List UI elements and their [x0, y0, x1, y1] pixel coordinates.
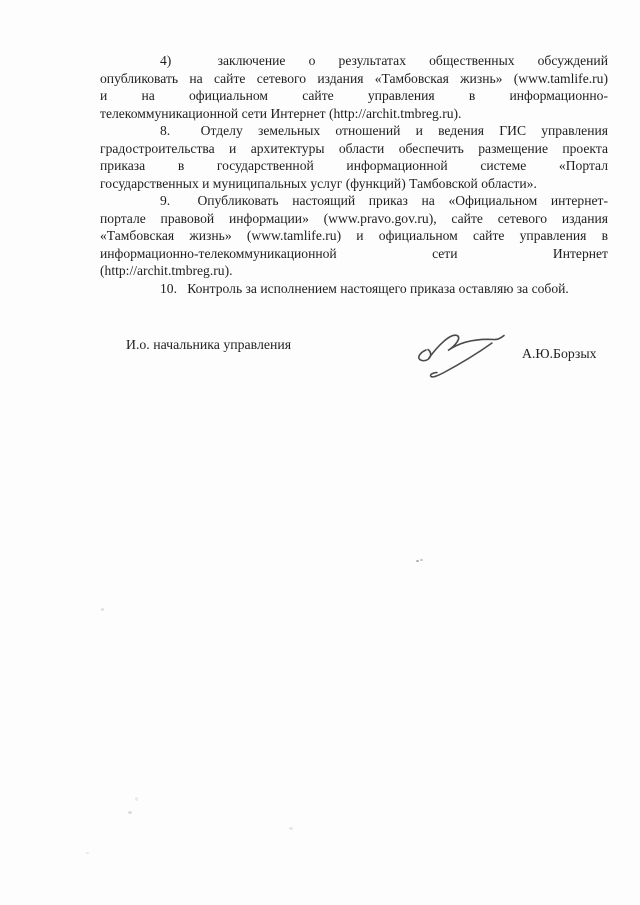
paragraph-9-line-2: портале правовой информации» (www.pravo.… [100, 210, 608, 228]
paragraph-8-line-2: градостроительства и архитектуры области… [100, 140, 608, 158]
paragraph-10-line-1: 10. Контроль за исполнением настоящего п… [100, 280, 608, 298]
scan-speck [128, 811, 132, 814]
paragraph-9-line-5: (http://archit.tmbreg.ru). [100, 262, 608, 280]
signature-scribble-icon [408, 324, 512, 386]
paragraph-9-line-3: «Тамбовская жизнь» (www.tamlife.ru) и оф… [100, 227, 608, 245]
paragraph-8-line-1: 8. Отделу земельных отношений и ведения … [100, 122, 608, 140]
paragraph-9-line-1: 9. Опубликовать настоящий приказ на «Офи… [100, 192, 608, 210]
signatory-name: А.Ю.Борзых [522, 346, 597, 362]
signatory-role: И.о. начальника управления [126, 337, 291, 353]
paragraph-4-line-1: 4) заключение о результатах общественных… [100, 52, 608, 70]
scan-speck [101, 608, 104, 611]
paragraph-4-line-3: и на официальном сайте управления в инфо… [100, 87, 608, 105]
document-body: 4) заключение о результатах общественных… [100, 52, 608, 297]
scan-speck [289, 827, 293, 830]
scan-speck [416, 560, 419, 562]
paragraph-9-line-4: информационно-телекоммуникационной сети … [100, 245, 608, 263]
paragraph-4-line-2: опубликовать на сайте сетевого издания «… [100, 70, 608, 88]
scan-speck [86, 852, 89, 854]
scan-speck [135, 797, 138, 801]
paragraph-8-line-3: приказа в государственной информационной… [100, 157, 608, 175]
document-page: 4) заключение о результатах общественных… [0, 0, 640, 905]
paragraph-8-line-4: государственных и муниципальных услуг (ф… [100, 175, 608, 193]
paragraph-4-line-4: телекоммуникационной сети Интернет (http… [100, 105, 608, 123]
